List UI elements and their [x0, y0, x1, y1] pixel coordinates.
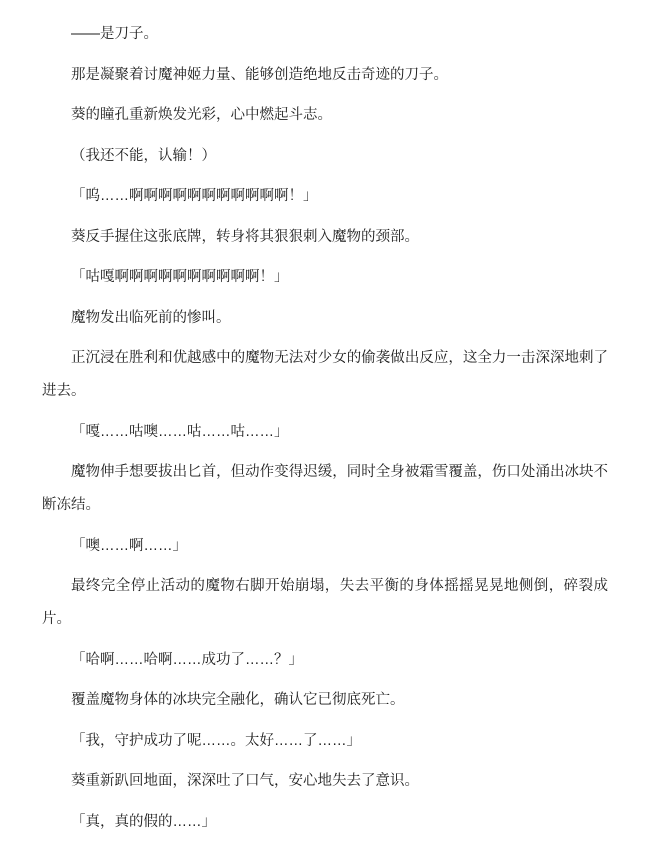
paragraph: 葵的瞳孔重新焕发光彩，心中燃起斗志。	[42, 99, 608, 132]
paragraph: 那是凝聚着讨魔神姬力量、能够创造绝地反击奇迹的刀子。	[42, 59, 608, 92]
paragraph: 「噢……啊……」	[42, 530, 608, 563]
paragraph: 覆盖魔物身体的冰块完全融化，确认它已彻底死亡。	[42, 684, 608, 717]
novel-text-page: ——是刀子。 那是凝聚着讨魔神姬力量、能够创造绝地反击奇迹的刀子。 葵的瞳孔重新…	[0, 0, 650, 850]
paragraph: 魔物伸手想要拔出匕首，但动作变得迟缓，同时全身被霜雪覆盖，伤口处涌出冰块不断冻结…	[42, 456, 608, 522]
paragraph: 「嘎……咕噢……咕……咕……」	[42, 416, 608, 449]
paragraph: 正沉浸在胜利和优越感中的魔物无法对少女的偷袭做出反应，这全力一击深深地刺了进去。	[42, 342, 608, 408]
paragraph: 「哈啊……哈啊……成功了……？」	[42, 644, 608, 677]
paragraph: 葵重新趴回地面，深深吐了口气，安心地失去了意识。	[42, 765, 608, 798]
paragraph: 「我，守护成功了呢……。太好……了……」	[42, 725, 608, 758]
paragraph: 「呜……啊啊啊啊啊啊啊啊啊啊啊！」	[42, 180, 608, 213]
paragraph: 「咕嘎啊啊啊啊啊啊啊啊啊啊！」	[42, 261, 608, 294]
paragraph: （我还不能，认输！）	[42, 140, 608, 173]
paragraph: 葵反手握住这张底牌，转身将其狠狠刺入魔物的颈部。	[42, 221, 608, 254]
paragraph: 魔物发出临死前的惨叫。	[42, 302, 608, 335]
paragraph: 「真，真的假的……」	[42, 806, 608, 839]
paragraph: 最终完全停止活动的魔物右脚开始崩塌，失去平衡的身体摇摇晃晃地侧倒，碎裂成片。	[42, 570, 608, 636]
paragraph: ——是刀子。	[42, 18, 608, 51]
